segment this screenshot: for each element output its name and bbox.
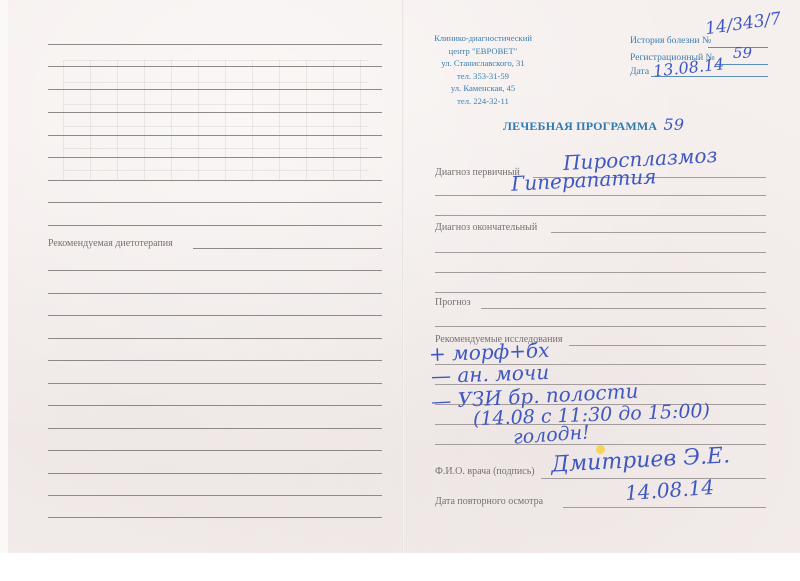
ruled-line (48, 383, 382, 384)
ruled-line (48, 44, 382, 45)
page-title: ЛЕЧЕБНАЯ ПРОГРАММА 59 (503, 115, 684, 134)
ruled-line (48, 180, 382, 181)
ruled-line (48, 360, 382, 361)
ruled-line (48, 495, 382, 496)
ruled-line (48, 270, 382, 271)
ruled-line (435, 215, 766, 216)
ruled-line (563, 507, 766, 508)
primary-diagnosis-value-2: Гиперапатия (510, 164, 657, 196)
clinic-line-4: тел. 353-31-59 (423, 70, 543, 83)
reexam-date-value: 14.08.14 (624, 475, 715, 505)
ruled-line (435, 326, 766, 327)
page-edge (0, 0, 8, 553)
ruled-line (48, 315, 382, 316)
ruled-line (48, 293, 382, 294)
diet-therapy-label: Рекомендуемая диетотерапия (48, 238, 173, 249)
ruled-line (48, 450, 382, 451)
ruled-line (48, 517, 382, 518)
clinic-line-3: ул. Станиславского, 31 (423, 57, 543, 70)
title-text: ЛЕЧЕБНАЯ ПРОГРАММА (503, 119, 657, 133)
ruled-line (193, 248, 382, 249)
registration-number-value: 59 (733, 44, 752, 62)
doctor-signature: Дмитриев Э.Е. (550, 443, 730, 477)
primary-diagnosis-label: Диагноз первичный (435, 167, 520, 178)
clinic-line-1: Клинико-диагностический (423, 32, 543, 45)
right-page: Клинико-диагностический центр "ЕВРОВЕТ" … (403, 0, 800, 553)
ruled-line (48, 473, 382, 474)
prognosis-label: Прогноз (435, 297, 471, 308)
ruled-line (48, 225, 382, 226)
history-number-label: История болезни № (630, 35, 711, 46)
reexam-date-label: Дата повторного осмотра (435, 496, 543, 507)
ruled-line (481, 308, 766, 309)
ruled-line (435, 292, 766, 293)
ruled-line (551, 232, 766, 233)
ruled-line (48, 428, 382, 429)
clinic-header: Клинико-диагностический центр "ЕВРОВЕТ" … (423, 32, 543, 108)
ruled-line (435, 272, 766, 273)
ruled-line (48, 89, 382, 90)
scanned-document: Рекомендуемая диетотерапия Клинико-диагн… (0, 0, 800, 553)
ruled-line (48, 338, 382, 339)
ruled-line (48, 405, 382, 406)
ruled-line (48, 202, 382, 203)
clinic-line-6: тел. 224-32-11 (423, 95, 543, 108)
doctor-label: Ф.И.О. врача (подпись) (435, 466, 535, 477)
history-number-value: 14/343/7 (704, 9, 782, 39)
ruled-line (48, 135, 382, 136)
clinic-line-5: ул. Каменская, 45 (423, 82, 543, 95)
ruled-line (435, 252, 766, 253)
date-label: Дата (630, 66, 649, 77)
ruled-line (435, 195, 766, 196)
final-diagnosis-label: Диагноз окончательный (435, 222, 537, 233)
title-handwritten-number: 59 (664, 115, 685, 134)
scan-margin (0, 553, 800, 581)
ruled-line (48, 112, 382, 113)
ruled-line (48, 157, 382, 158)
ruled-line (48, 66, 382, 67)
bleed-through-grid (63, 60, 368, 180)
clinic-line-2: центр "ЕВРОВЕТ" (423, 45, 543, 58)
ruled-line (569, 345, 766, 346)
left-page: Рекомендуемая диетотерапия (8, 0, 403, 553)
